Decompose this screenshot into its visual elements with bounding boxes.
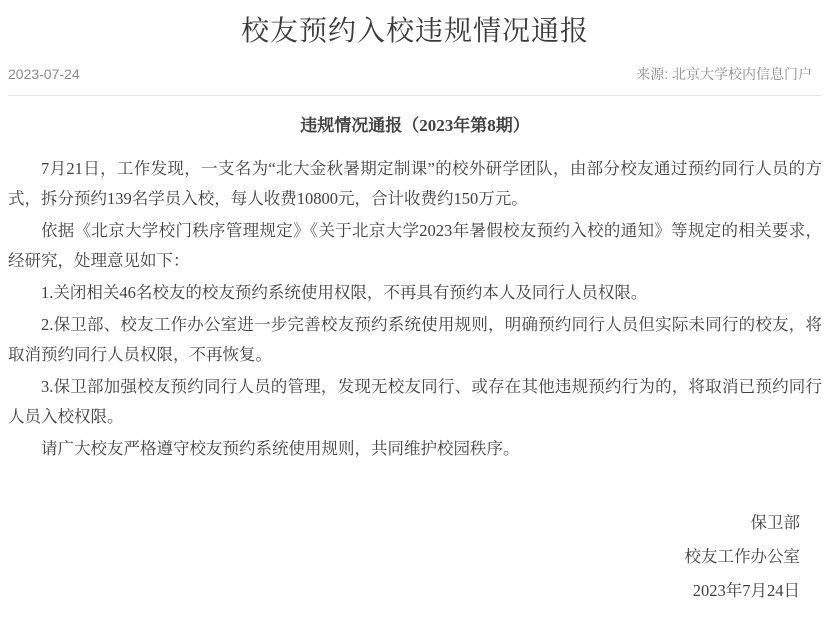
notice-heading: 违规情况通报（2023年第8期） (8, 114, 822, 138)
page-title: 校友预约入校违规情况通报 (8, 14, 822, 48)
meta-row: 2023-07-24 来源: 北京大学校内信息门户 (8, 66, 822, 82)
notice-page: 校友预约入校违规情况通报 2023-07-24 来源: 北京大学校内信息门户 违… (0, 0, 830, 621)
notice-closing: 请广大校友严格遵守校友预约系统使用规则，共同维护校园秩序。 (8, 434, 822, 464)
notice-body: 违规情况通报（2023年第8期） 7月21日，工作发现，一支名为“北大金秋暑期定… (8, 114, 822, 606)
divider (8, 95, 822, 96)
notice-item-3: 3.保卫部加强校友预约同行人员的管理，发现无校友同行、或存在其他违规预约行为的，… (8, 372, 822, 432)
notice-paragraph-1: 7月21日，工作发现，一支名为“北大金秋暑期定制课”的校外研学团队，由部分校友通… (8, 154, 822, 214)
signature-date: 2023年7月24日 (8, 576, 800, 606)
signature-dept-security: 保卫部 (8, 508, 800, 538)
publish-date: 2023-07-24 (8, 66, 80, 82)
source-label: 来源: 北京大学校内信息门户 (636, 66, 822, 82)
notice-item-2: 2.保卫部、校友工作办公室进一步完善校友预约系统使用规则，明确预约同行人员但实际… (8, 310, 822, 370)
notice-item-1: 1.关闭相关46名校友的校友预约系统使用权限，不再具有预约本人及同行人员权限。 (8, 278, 822, 308)
signature-block: 保卫部 校友工作办公室 2023年7月24日 (8, 508, 822, 606)
signature-dept-alumni-office: 校友工作办公室 (8, 542, 800, 572)
notice-paragraph-2: 依据《北京大学校门秩序管理规定》《关于北京大学2023年暑假校友预约入校的通知》… (8, 216, 822, 276)
